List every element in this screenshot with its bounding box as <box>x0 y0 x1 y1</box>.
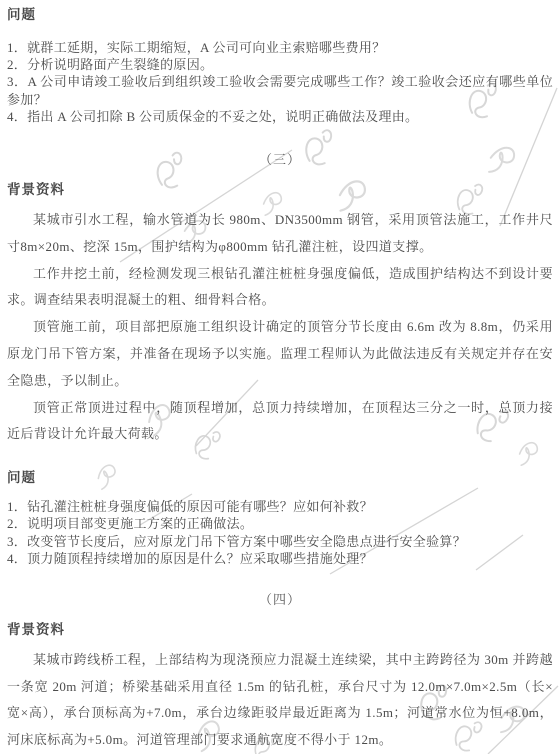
paragraph: 顶管正常顶进过程中，随顶程增加，总顶力持续增加，在顶程达三分之一时，总顶力接近后… <box>7 395 553 449</box>
case4-number-label: （四） <box>7 591 553 608</box>
case3-background-paragraphs: 某城市引水工程，输水管道为长 980m、DN3500mm 钢管，采用顶管法施工，… <box>7 207 553 448</box>
question-item: 3．A 公司申请竣工验收后到组织竣工验收会需要完成哪些工作？竣工验收会还应有哪些… <box>7 73 553 107</box>
question-item: 3．改变管节长度后，应对原龙门吊下管方案中哪些安全隐患点进行安全验算？ <box>7 533 553 550</box>
case3-questions-heading: 问题 <box>7 469 553 487</box>
paragraph: 顶管施工前，项目部把原施工组织设计确定的顶管分节长度由 6.6m 改为 8.8m… <box>7 314 553 394</box>
case3-background-heading: 背景资料 <box>7 181 553 199</box>
case4-background-heading: 背景资料 <box>7 621 553 639</box>
document-content: 问题 1．就群工延期，实际工期缩短，A 公司可向业主索赔哪些费用？ 2．分析说明… <box>0 0 560 753</box>
question-item: 2．分析说明路面产生裂缝的原因。 <box>7 56 553 73</box>
paragraph: 工作井挖土前，经检测发现三根钻孔灌注桩桩身强度偏低，造成围护结构达不到设计要求。… <box>7 261 553 315</box>
paragraph: 某城市引水工程，输水管道为长 980m、DN3500mm 钢管，采用顶管法施工，… <box>7 207 553 261</box>
case4-background-paragraphs: 某城市跨线桥工程，上部结构为现浇预应力混凝土连续梁，其中主跨跨径为 30m 并跨… <box>7 647 553 753</box>
document-page: 问题 1．就群工延期，实际工期缩短，A 公司可向业主索赔哪些费用？ 2．分析说明… <box>0 0 560 754</box>
paragraph: 某城市跨线桥工程，上部结构为现浇预应力混凝土连续梁，其中主跨跨径为 30m 并跨… <box>7 647 553 753</box>
question-item: 2．说明项目部变更施工方案的正确做法。 <box>7 515 553 532</box>
question-item: 1．就群工延期，实际工期缩短，A 公司可向业主索赔哪些费用？ <box>7 39 553 56</box>
question-item: 4．顶力随顶程持续增加的原因是什么？应采取哪些措施处理？ <box>7 550 553 567</box>
part1-questions-list: 1．就群工延期，实际工期缩短，A 公司可向业主索赔哪些费用？ 2．分析说明路面产… <box>7 39 553 125</box>
question-item: 1．钻孔灌注桩桩身强度偏低的原因可能有哪些？应如何补救？ <box>7 498 553 515</box>
question-item: 4．指出 A 公司扣除 B 公司质保金的不妥之处，说明正确做法及理由。 <box>7 108 553 125</box>
part1-questions-heading: 问题 <box>7 6 553 24</box>
case3-number-label: （三） <box>7 151 553 168</box>
case3-questions-list: 1．钻孔灌注桩桩身强度偏低的原因可能有哪些？应如何补救？ 2．说明项目部变更施工… <box>7 498 553 567</box>
